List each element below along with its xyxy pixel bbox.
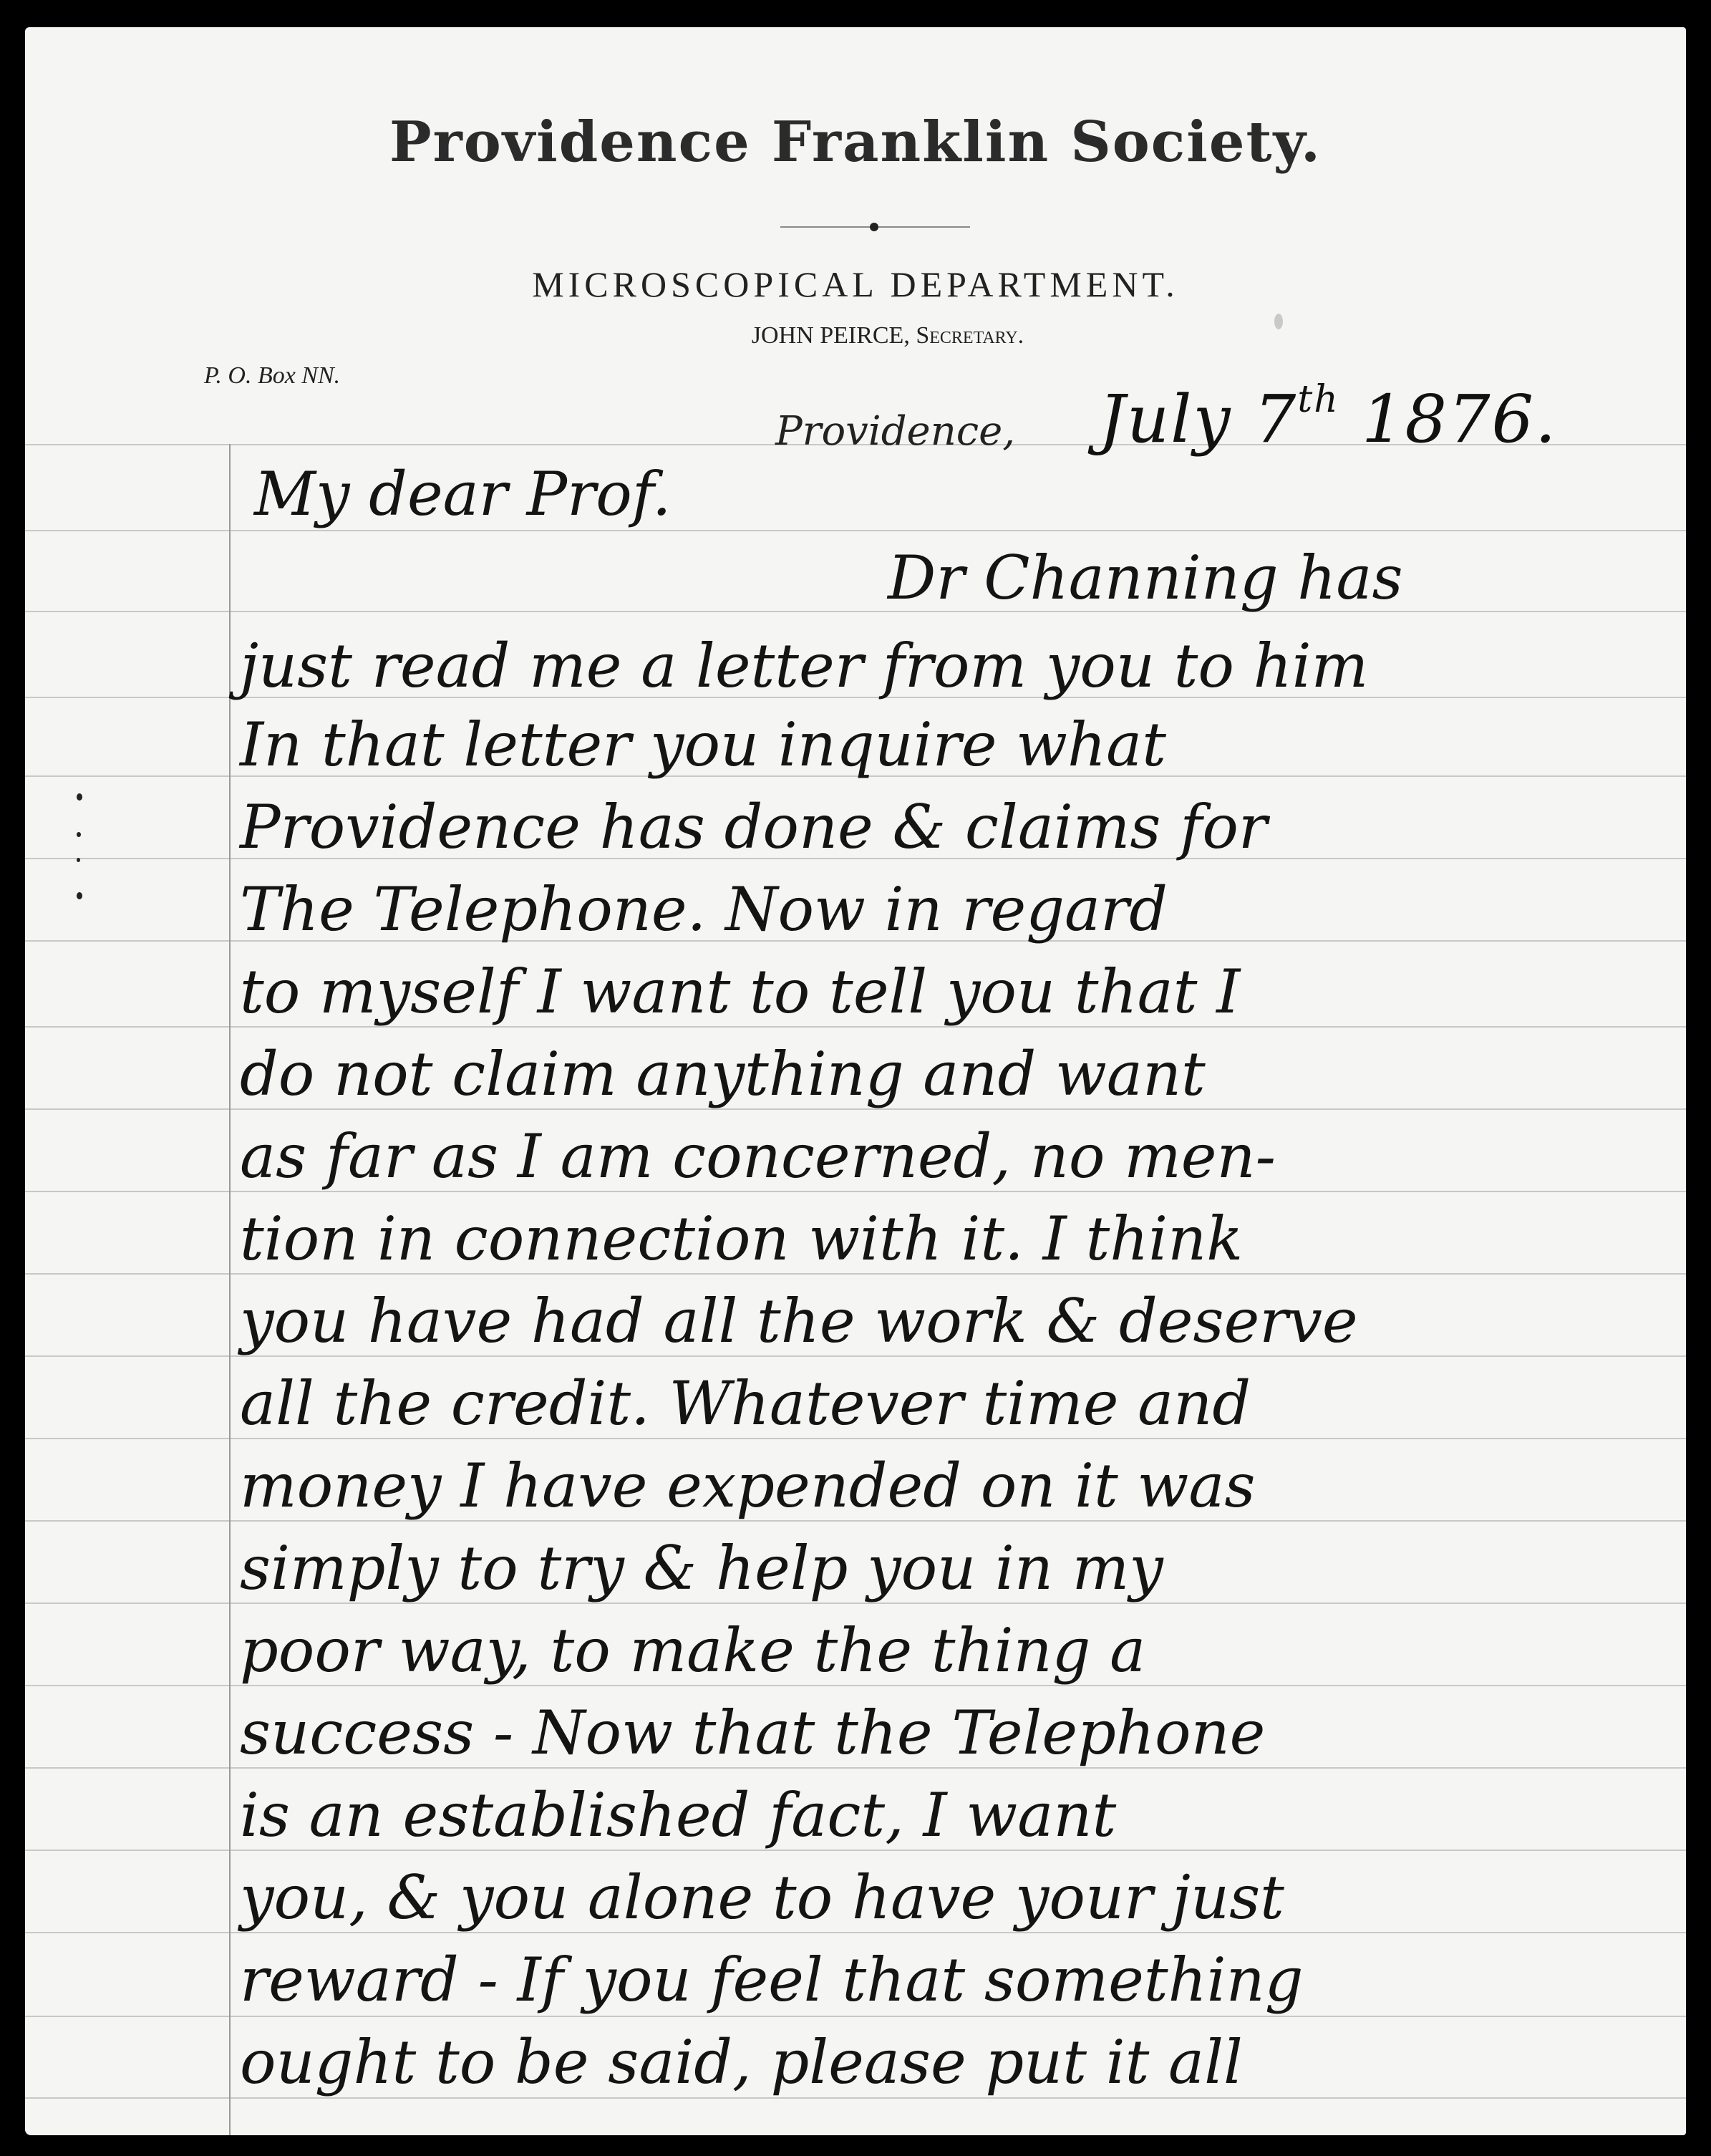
secretary-title: Secretary. [916, 322, 1024, 349]
salutation: My dear Prof. [254, 464, 1679, 524]
punch-mark [77, 892, 82, 899]
body-line: poor way, to make the thing a [240, 1620, 1679, 1681]
body-line: success - Now that the Telephone [240, 1703, 1679, 1763]
body-line: The Telephone. Now in regard [240, 879, 1679, 939]
body-line: tion in connection with it. I think [240, 1209, 1679, 1269]
ruled-line [25, 611, 1686, 612]
body-line: Dr Channing has [888, 548, 1679, 608]
ruled-line [25, 2097, 1686, 2099]
punch-mark [77, 793, 82, 801]
po-box: P. O. Box NN. [204, 362, 340, 390]
letter-page: Providence Franklin Society. MICROSCOPIC… [25, 27, 1686, 2135]
place-printed: Providence, [775, 408, 1015, 455]
secretary-line: JOHN PEIRCE, Secretary. [25, 322, 1686, 349]
organization-name: Providence Franklin Society. [25, 110, 1686, 175]
body-line: is an established fact, I want [240, 1785, 1679, 1845]
body-line: ought to be said, please put it all [240, 2032, 1679, 2092]
body-line: all the credit. Whatever time and [240, 1373, 1679, 1434]
body-line: you have had all the work & deserve [240, 1291, 1679, 1351]
date-year: 1876. [1362, 381, 1557, 458]
body-line: money I have expended on it was [240, 1456, 1679, 1516]
date-ordinal: th [1297, 378, 1339, 421]
body-line: Providence has done & claims for [240, 797, 1679, 857]
date-month-day: July 7 [1099, 381, 1297, 458]
letter-date: July 7th 1876. [1099, 378, 1557, 458]
punch-mark [77, 832, 81, 837]
body-line: as far as I am concerned, no men- [240, 1126, 1679, 1186]
punch-mark [77, 858, 80, 862]
body-line: do not claim anything and want [240, 1044, 1679, 1104]
ruled-line [25, 2016, 1686, 2017]
body-line: to myself I want to tell you that I [240, 962, 1679, 1022]
divider-ornament [870, 223, 878, 231]
body-line: you, & you alone to have your just [240, 1867, 1679, 1928]
department-name: MICROSCOPICAL DEPARTMENT. [25, 264, 1686, 305]
ruled-line [25, 530, 1686, 531]
body-line: In that letter you inquire what [240, 715, 1679, 775]
body-line: reward - If you feel that something [240, 1950, 1679, 2010]
body-line: simply to try & help you in my [240, 1538, 1679, 1598]
margin-line [229, 444, 231, 2135]
body-line: just read me a letter from you to him [240, 636, 1679, 696]
secretary-name: JOHN PEIRCE, [752, 322, 910, 349]
